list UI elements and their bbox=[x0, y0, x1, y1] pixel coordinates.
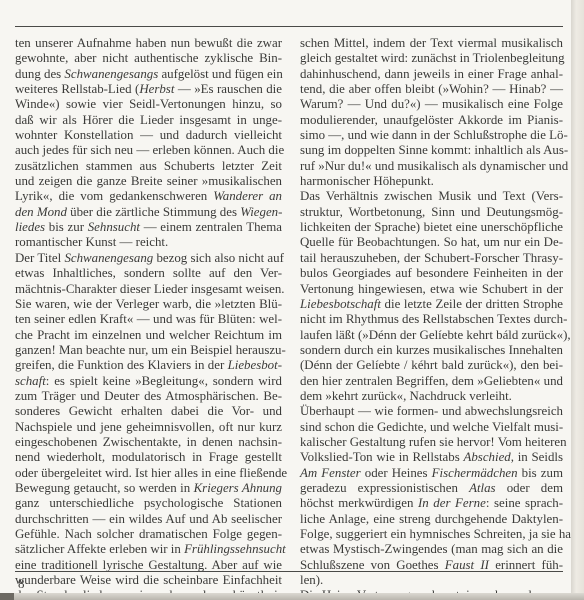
page-edge-shadow bbox=[571, 0, 584, 600]
text-line: sung im doppelten Sinne kommt: inhaltlic… bbox=[300, 143, 563, 158]
text-line: daß wir als Hörer die Lieder insgesamt i… bbox=[15, 113, 282, 128]
work-title: Kriegers Ahnung bbox=[194, 481, 282, 495]
text-line: auch jedes für sich neu — erleben können… bbox=[15, 143, 282, 158]
page-number: 8 bbox=[18, 576, 25, 592]
work-title: In der Ferne bbox=[418, 496, 486, 510]
text-line: weiteres Rellstab-Lied (Herbst — »Es rau… bbox=[15, 82, 282, 97]
text-line: schaft: es spielt keine »Begleitung«, so… bbox=[15, 374, 282, 389]
text-line: laufen läßt (»Dénn der Gelíebte kehrt bá… bbox=[300, 328, 563, 343]
work-title: den Mond bbox=[15, 205, 67, 219]
text-line: den Mond über die zärtliche Stimmung des… bbox=[15, 205, 282, 220]
text-line: etwas Mystisch-Zwingendes (man mag sich … bbox=[300, 542, 563, 557]
text-line: oder übergeleitet wird. Ist hier alles i… bbox=[15, 466, 282, 481]
right-text-column: schen Mittel, indem der Text viermal mus… bbox=[300, 36, 563, 600]
text-line: eingeschobenen Zwischentakte, in denen n… bbox=[15, 435, 282, 450]
text-line: Winde«) sowie vier Seidl-Vertonungen hin… bbox=[15, 97, 282, 112]
text-line: ten seiner edlen Kraft« — und was für Bl… bbox=[15, 312, 282, 327]
text-line: Das Verhältnis zwischen Musik und Text (… bbox=[300, 189, 563, 204]
text-line: Liebesbotschaft die letzte Zeile der dri… bbox=[300, 297, 563, 312]
text-line: tail herauszuheben, der Schubert-Forsche… bbox=[300, 251, 563, 266]
text-line: Volkslied-Ton wie in Rellstabs Abschied,… bbox=[300, 450, 563, 465]
work-title: Wanderer an bbox=[213, 189, 282, 203]
text-line: zusätzlichen stammen aus Schuberts letzt… bbox=[15, 159, 282, 174]
text-line: Vertonung hingewiesen, etwa wie Schubert… bbox=[300, 282, 563, 297]
text-line: dung des Schwanengesangs aufgelöst und f… bbox=[15, 67, 282, 82]
text-line: den hier zentralen Begriffen, dem »Gelie… bbox=[300, 374, 563, 389]
text-line: len). bbox=[300, 573, 563, 588]
work-title: Wiegen- bbox=[240, 205, 282, 219]
text-line: Überhaupt — wie formen- und abwechslungs… bbox=[300, 404, 563, 419]
text-line: Warum? — Und du?«) — musikalisch eine Fo… bbox=[300, 97, 563, 112]
text-line: lichkeiten der Sprache) bietet eine uner… bbox=[300, 220, 563, 235]
text-line: Quelle für Beobachtungen. So hat, um nur… bbox=[300, 235, 563, 250]
work-title: Faust II bbox=[445, 558, 489, 572]
text-line: wunderbare Weise wird die scheinbare Ein… bbox=[15, 573, 282, 588]
work-title: Fischermädchen bbox=[432, 466, 518, 480]
text-line: Sie waren, wie der Verleger warb, die »l… bbox=[15, 297, 282, 312]
text-line: Nachspiele und jene geheimnisvollen, oft… bbox=[15, 420, 282, 435]
text-line: Folge, suggeriert ein hymnisches Schreit… bbox=[300, 527, 563, 542]
top-rule bbox=[15, 26, 563, 27]
work-title: Atlas bbox=[469, 481, 496, 495]
text-line: gleich gestaltet wird: zunächst in Triol… bbox=[300, 51, 563, 66]
text-line: tend, die aber offen bleibt (»Wohin? — H… bbox=[300, 82, 563, 97]
text-line: greifen, die Funktion des Klaviers in de… bbox=[15, 358, 282, 373]
text-line: modulierender, unaufgelöster Akkorde im … bbox=[300, 113, 563, 128]
text-line: wohnter Konstellation — und dadurch viel… bbox=[15, 128, 282, 143]
text-line: romantischer Kunst — reicht. bbox=[15, 235, 282, 250]
text-line: che Pracht im einzelnen und welcher Reic… bbox=[15, 328, 282, 343]
text-line: sind schon die Gedichte, und welche Viel… bbox=[300, 420, 563, 435]
text-line: sätzlicher Affekte erleben wir in Frühli… bbox=[15, 542, 282, 557]
text-line: geradezu expressionistischen Atlas oder … bbox=[300, 481, 563, 496]
text-line: nicht im Rhythmus des Rellstabschen Text… bbox=[300, 312, 563, 327]
text-line: bulos Georgiades auf besondere Feinheite… bbox=[300, 266, 563, 281]
work-title: Liebesbot- bbox=[228, 358, 282, 372]
work-title: Frühlingssehnsucht bbox=[184, 542, 286, 556]
work-title: Sehnsucht bbox=[88, 220, 140, 234]
text-line: mächtnis-Charakter dieser Lieder insgesa… bbox=[15, 282, 282, 297]
page-bottom-edge bbox=[0, 593, 584, 600]
text-line: dahinhuschend, dann jeweils in einer Fra… bbox=[300, 67, 563, 82]
text-line: sonderes Gewicht erhalten dabei die Vor-… bbox=[15, 404, 282, 419]
text-line: struktur, Wortbetonung, Sinn und Deutung… bbox=[300, 205, 563, 220]
work-title: Herbst bbox=[139, 82, 174, 96]
text-line: Bewegung getaucht, so werden in Kriegers… bbox=[15, 481, 282, 496]
text-line: harmonischer Höhepunkt. bbox=[300, 174, 563, 189]
text-line: Lyrik«, die vom gedankenschweren Wandere… bbox=[15, 189, 282, 204]
text-line: zum Träger und Deuter des Atmosphärische… bbox=[15, 389, 282, 404]
text-line: Der Titel Schwanengesang bezog sich also… bbox=[15, 251, 282, 266]
bottom-rule bbox=[15, 571, 563, 572]
text-line: nend wiederholt, modulatorisch in Frage … bbox=[15, 450, 282, 465]
text-line: ten unserer Aufnahme haben nun bewußt di… bbox=[15, 36, 282, 51]
left-text-column: ten unserer Aufnahme haben nun bewußt di… bbox=[15, 36, 282, 600]
text-line: kalischer Gestaltung rufen sie hervor! V… bbox=[300, 435, 563, 450]
text-line: etwas Inhaltliches, sondern sollte auf d… bbox=[15, 266, 282, 281]
text-line: Am Fenster oder Heines Fischermädchen bi… bbox=[300, 466, 563, 481]
work-title: Abschied bbox=[463, 450, 510, 464]
work-title: Liebesbotschaft bbox=[300, 297, 381, 311]
text-line: ganz unterschiedliche psychologische Sta… bbox=[15, 496, 282, 511]
work-title: liedes bbox=[15, 220, 45, 234]
text-line: dem »kehrt zurück«, Nachdruck verleiht. bbox=[300, 389, 563, 404]
work-title: Schwanengesangs bbox=[64, 67, 158, 81]
text-line: durchschritten — ein wildes Auf und Ab s… bbox=[15, 512, 282, 527]
work-title: schaft bbox=[15, 374, 46, 388]
text-line: gewohnte, aber nicht authentische zyklis… bbox=[15, 51, 282, 66]
text-line: Gefühle. Nach solcher dramatischen Folge… bbox=[15, 527, 282, 542]
text-line: höchst merkwürdigen In der Ferne: seine … bbox=[300, 496, 563, 511]
text-line: ganzen! Man beachte nur, um ein Beispiel… bbox=[15, 343, 282, 358]
text-line: ruf »Nur du!« und musikalisch als dynami… bbox=[300, 159, 563, 174]
text-line: schen Mittel, indem der Text viermal mus… bbox=[300, 36, 563, 51]
text-line: simo —, und wie dann in der Schlußstroph… bbox=[300, 128, 563, 143]
page-corner-shadow bbox=[0, 593, 14, 600]
work-title: Schwanengesang bbox=[64, 251, 153, 265]
text-line: liche Anlage, eine streng durchgehende D… bbox=[300, 512, 563, 527]
work-title: Am Fenster bbox=[300, 466, 361, 480]
text-line: sondern durch ein kurzes musikalisches I… bbox=[300, 343, 563, 358]
text-line: (Dénn der Gelíebte / kéhrt bald zurück«)… bbox=[300, 358, 563, 373]
text-line: und zeigen die ganze Breite seiner »musi… bbox=[15, 174, 282, 189]
book-page: ten unserer Aufnahme haben nun bewußt di… bbox=[0, 0, 571, 593]
text-line: liedes bis zur Sehnsucht — einem zentral… bbox=[15, 220, 282, 235]
